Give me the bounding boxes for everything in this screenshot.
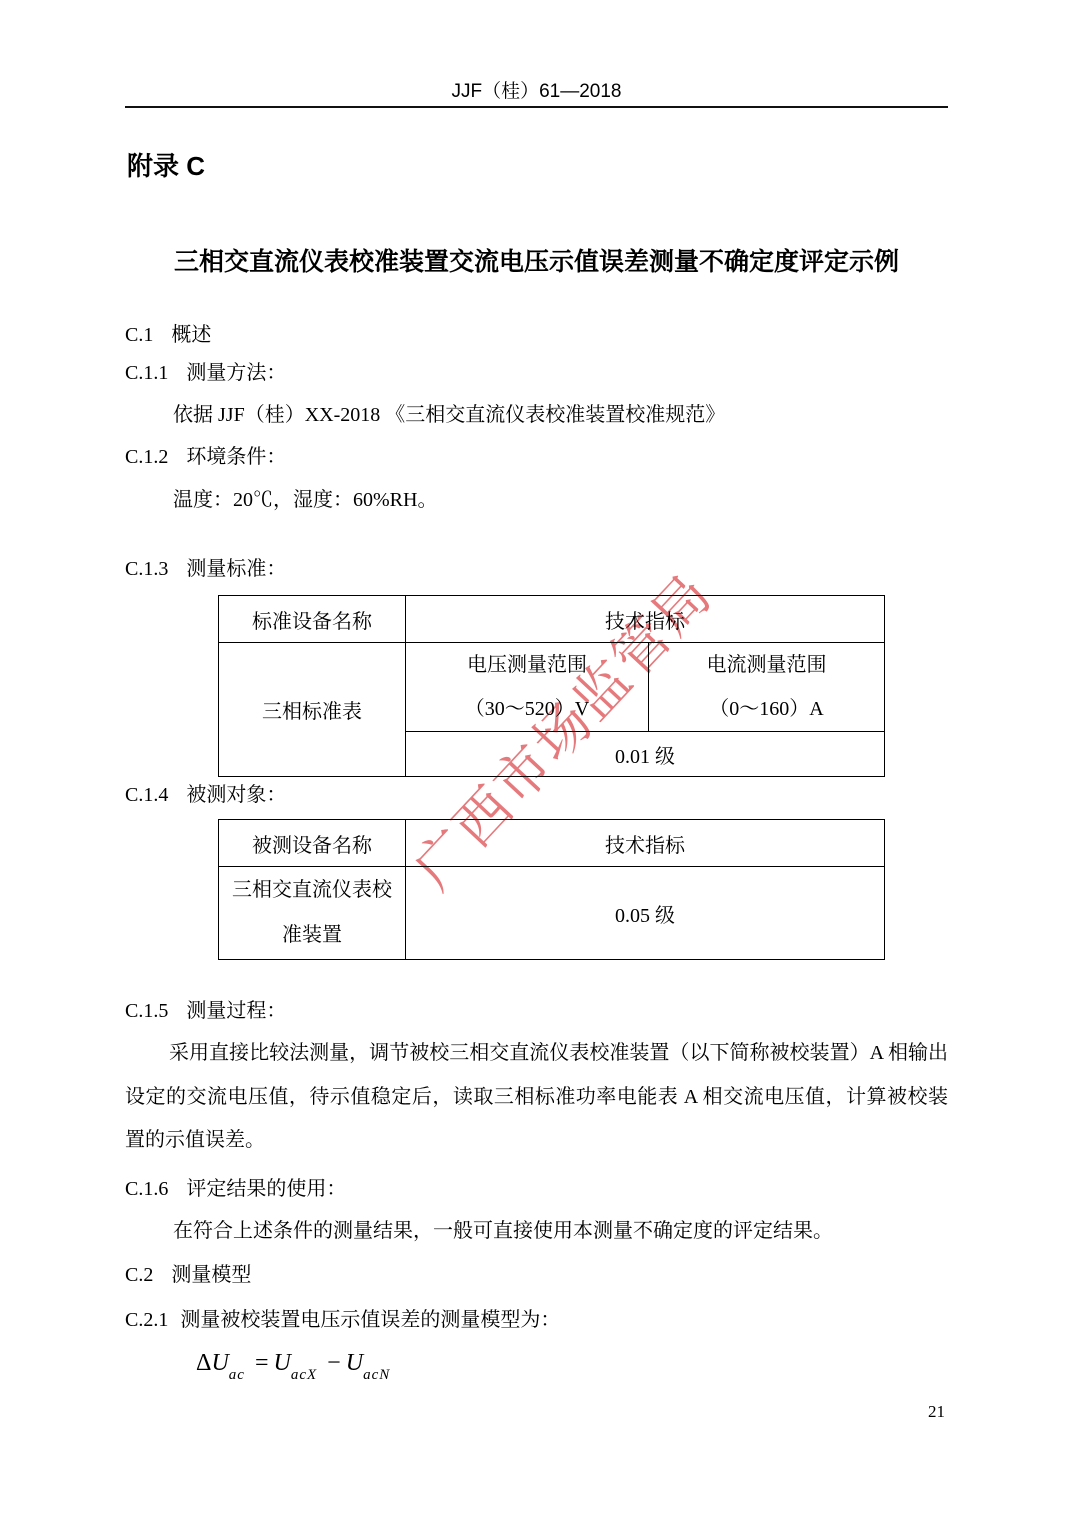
section-c1-heading: C.1概述 <box>125 320 211 350</box>
dut-accuracy-cell: 0.05 级 <box>406 867 885 960</box>
page-content: JJF（桂）61—2018 附录 C 三相交直流仪表校准装置交流电压示值误差测量… <box>0 0 1074 1520</box>
table-row: 三相标准表 电压测量范围 （30～520）V 电流测量范围 （0～160）A <box>219 643 885 732</box>
standard-device-name-cell: 三相标准表 <box>219 643 406 777</box>
section-c1-6-heading: C.1.6评定结果的使用： <box>125 1174 346 1204</box>
section-number: C.2 <box>125 1260 153 1290</box>
section-number: C.2.1 <box>125 1305 168 1335</box>
section-number: C.1.1 <box>125 358 168 388</box>
standard-accuracy-cell: 0.01 级 <box>406 732 885 777</box>
page-number: 21 <box>928 1402 945 1422</box>
section-number: C.1.5 <box>125 996 168 1026</box>
standard-device-name-header: 标准设备名称 <box>219 596 406 643</box>
section-c2-1-heading: C.2.1测量被校装置电压示值误差的测量模型为： <box>125 1305 560 1335</box>
section-c1-1-body: 依据 JJF（桂）XX-2018 《三相交直流仪表校准装置校准规范》 <box>173 400 725 430</box>
table-header-row: 被测设备名称 技术指标 <box>219 820 885 867</box>
section-title: 被测对象： <box>186 784 286 806</box>
section-title: 测量标准： <box>186 558 286 580</box>
section-title: 环境条件： <box>186 446 286 468</box>
formula-quantity: U <box>211 1350 228 1376</box>
section-c1-1-heading: C.1.1测量方法： <box>125 358 286 388</box>
voltage-range-label: 电压测量范围 <box>406 643 648 687</box>
tech-spec-header: 技术指标 <box>406 820 885 867</box>
section-c1-5-heading: C.1.5测量过程： <box>125 996 286 1026</box>
formula-delta: Δ <box>196 1350 211 1376</box>
measurement-model-formula: ΔUac=UacX−UacN <box>196 1346 390 1392</box>
formula-subscript: ac <box>229 1367 245 1383</box>
dut-device-name: 三相交直流仪表校准装置 <box>227 868 397 958</box>
section-number: C.1.2 <box>125 442 168 472</box>
section-number: C.1 <box>125 320 153 350</box>
formula-subscript: acX <box>291 1367 317 1383</box>
device-under-test-table: 被测设备名称 技术指标 三相交直流仪表校准装置 0.05 级 <box>218 819 885 960</box>
section-title: 概述 <box>171 324 211 346</box>
section-number: C.1.4 <box>125 780 168 810</box>
document-page: 广西市场监管局 JJF（桂）61—2018 附录 C 三相交直流仪表校准装置交流… <box>0 0 1074 1520</box>
section-c1-2-body: 温度：20℃，湿度：60%RH。 <box>173 485 437 515</box>
table-row: 三相交直流仪表校准装置 0.05 级 <box>219 867 885 960</box>
section-c1-5-body: 采用直接比较法测量，调节被校三相交直流仪表校准装置（以下简称被校装置）A 相输出… <box>125 1032 948 1163</box>
section-title: 测量被校装置电压示值误差的测量模型为： <box>180 1309 560 1331</box>
appendix-title: 三相交直流仪表校准装置交流电压示值误差测量不确定度评定示例 <box>125 242 948 278</box>
voltage-range-value: （30～520）V <box>406 687 648 731</box>
header-rule <box>125 106 948 108</box>
section-title: 评定结果的使用： <box>186 1178 346 1200</box>
formula-minus: − <box>327 1350 341 1376</box>
section-title: 测量模型 <box>171 1264 251 1286</box>
current-range-label: 电流测量范围 <box>649 643 884 687</box>
current-range-value: （0～160）A <box>649 687 884 731</box>
section-number: C.1.6 <box>125 1174 168 1204</box>
page-header-doc-number: JJF（桂）61—2018 <box>125 76 948 103</box>
section-title: 测量过程： <box>186 1000 286 1022</box>
voltage-range-cell: 电压测量范围 （30～520）V <box>406 643 649 732</box>
section-c2-heading: C.2测量模型 <box>125 1260 251 1290</box>
dut-device-name-header: 被测设备名称 <box>219 820 406 867</box>
formula-quantity: U <box>346 1350 363 1376</box>
section-title: 测量方法： <box>186 362 286 384</box>
tech-spec-header: 技术指标 <box>406 596 885 643</box>
section-number: C.1.3 <box>125 554 168 584</box>
dut-device-name-cell: 三相交直流仪表校准装置 <box>219 867 406 960</box>
section-c1-6-body: 在符合上述条件的测量结果，一般可直接使用本测量不确定度的评定结果。 <box>173 1216 833 1246</box>
current-range-cell: 电流测量范围 （0～160）A <box>649 643 885 732</box>
section-c1-3-heading: C.1.3测量标准： <box>125 554 286 584</box>
formula-subscript: acN <box>363 1367 390 1383</box>
appendix-label: 附录 C <box>127 146 205 183</box>
standard-equipment-table: 标准设备名称 技术指标 三相标准表 电压测量范围 （30～520）V 电流测量范… <box>218 595 885 777</box>
formula-equals: = <box>255 1350 269 1376</box>
section-c1-4-heading: C.1.4被测对象： <box>125 780 286 810</box>
formula-quantity: U <box>274 1350 291 1376</box>
section-c1-2-heading: C.1.2环境条件： <box>125 442 286 472</box>
table-header-row: 标准设备名称 技术指标 <box>219 596 885 643</box>
